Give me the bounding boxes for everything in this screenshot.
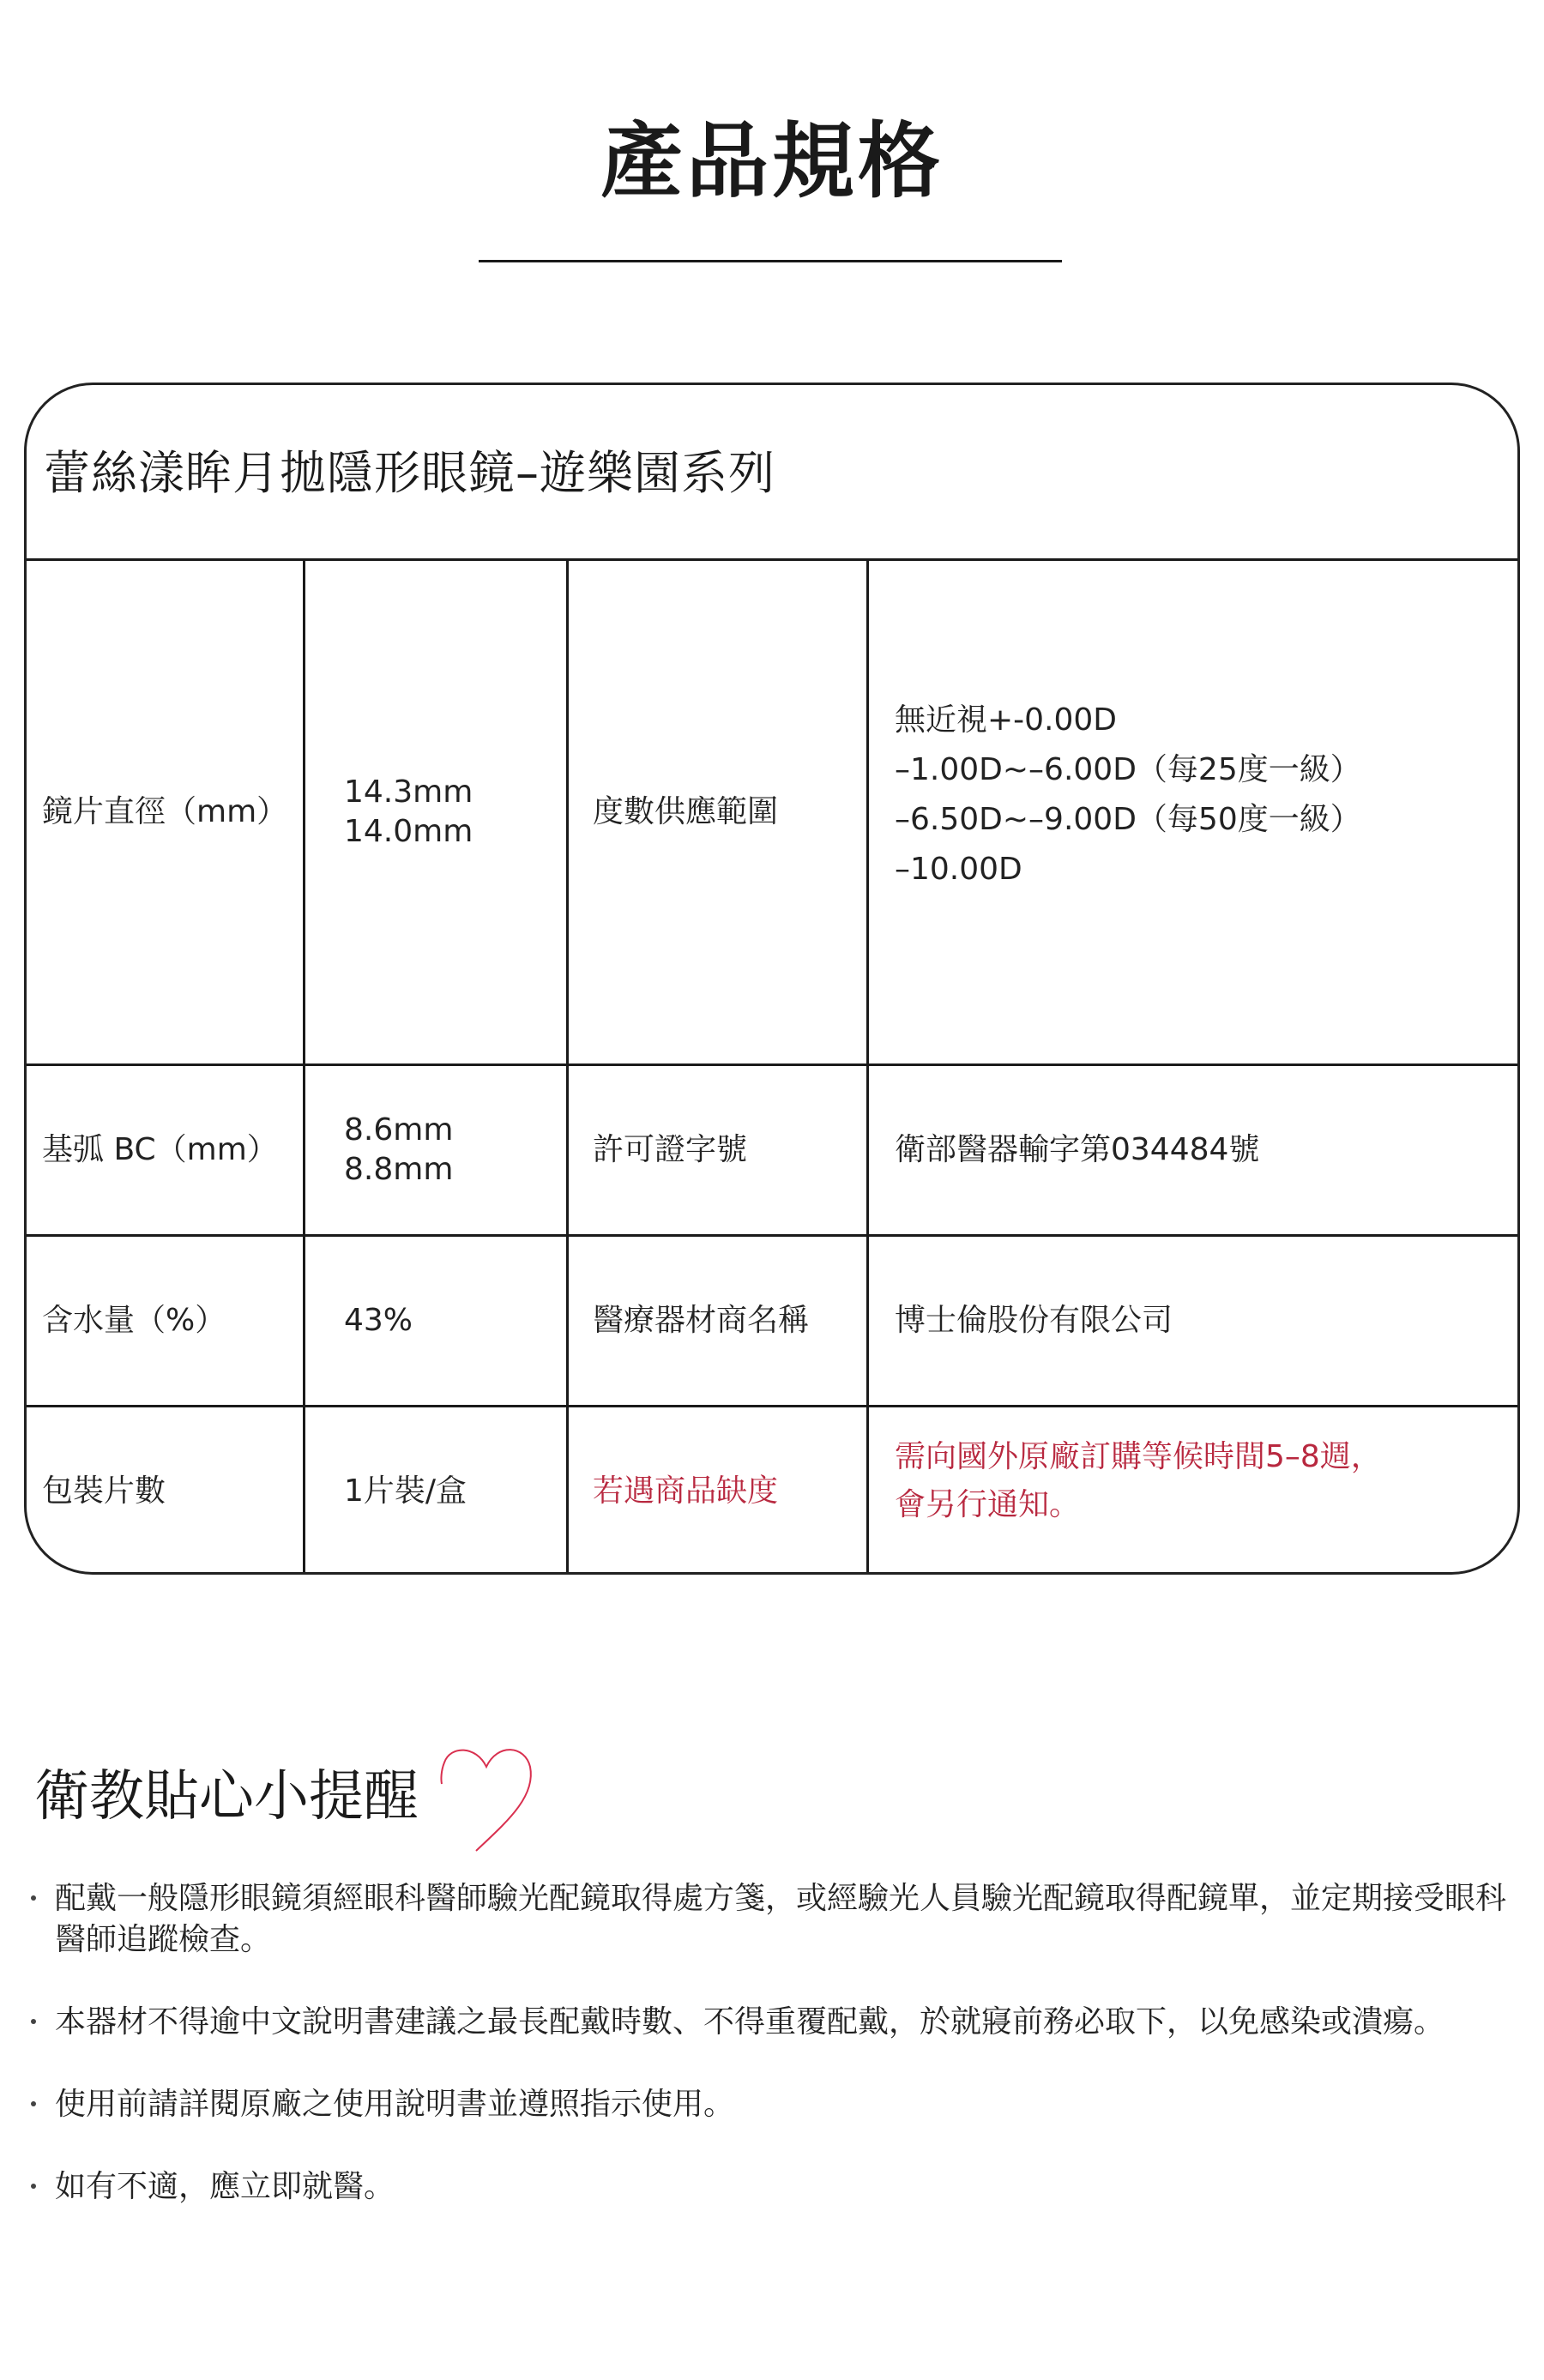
spec-value-power-range: 無近視+-0.00D –1.00D~–6.00D（每25度一級） –6.50D~… <box>895 544 1512 1046</box>
bullet-dot-icon <box>31 2101 36 2106</box>
cell-text: 14.3mm <box>344 773 473 812</box>
tip-item: 使用前請詳閱原廠之使用說明書並遵照指示使用。 <box>26 2084 1518 2125</box>
cell-text: 鏡片直徑（mm） <box>42 792 287 832</box>
spec-label-diameter: 鏡片直徑（mm） <box>42 561 299 1063</box>
spec-value-vendor: 博士倫股份有限公司 <box>895 1237 1512 1405</box>
cell-text: 包裝片數 <box>42 1472 166 1511</box>
cell-text: 會另行通知。 <box>895 1481 1382 1529</box>
spec-label-license: 許可證字號 <box>593 1066 863 1234</box>
tip-item: 如有不適，應立即就醫。 <box>26 2166 1518 2208</box>
cell-text: –6.50D~–9.00D（每50度一級） <box>895 795 1361 845</box>
spec-value-package: 1片裝/盒 <box>344 1407 563 1575</box>
spec-label-out-of-stock: 若遇商品缺度 <box>593 1407 863 1575</box>
spec-value-water-content: 43% <box>344 1237 563 1405</box>
product-name: 蕾絲漾眸月拋隱形眼鏡–遊樂園系列 <box>44 385 775 561</box>
spec-value-license: 衛部醫器輸字第034484號 <box>895 1066 1512 1234</box>
spec-table: 蕾絲漾眸月拋隱形眼鏡–遊樂園系列 鏡片直徑（mm） 14.3mm 14.0mm … <box>24 383 1520 1575</box>
cell-text: 醫療器材商名稱 <box>593 1301 809 1341</box>
cell-text: 博士倫股份有限公司 <box>895 1301 1173 1341</box>
col-divider <box>866 558 869 1572</box>
page-title: 產品規格 <box>0 110 1544 213</box>
tip-text: 如有不適，應立即就醫。 <box>55 2169 395 2204</box>
col-divider <box>566 558 569 1572</box>
spec-label-vendor: 醫療器材商名稱 <box>593 1237 863 1405</box>
cell-text: 無近視+-0.00D <box>895 696 1361 745</box>
cell-text: 14.0mm <box>344 812 473 852</box>
cell-text: 1片裝/盒 <box>344 1472 467 1511</box>
tip-item: 配戴一般隱形眼鏡須經眼科醫師驗光配鏡取得處方箋，或經驗光人員驗光配鏡取得配鏡單，… <box>26 1878 1518 1961</box>
spec-value-base-curve: 8.6mm 8.8mm <box>344 1066 563 1234</box>
cell-text: 43% <box>344 1301 413 1341</box>
col-divider <box>303 558 305 1572</box>
spec-label-base-curve: 基弧 BC（mm） <box>42 1066 299 1234</box>
tips-list: 配戴一般隱形眼鏡須經眼科醫師驗光配鏡取得處方箋，或經驗光人員驗光配鏡取得配鏡單，… <box>26 1878 1518 2249</box>
cell-text: 度數供應範圍 <box>593 792 778 832</box>
cell-text: 基弧 BC（mm） <box>42 1130 278 1170</box>
tip-text: 本器材不得逾中文說明書建議之最長配戴時數、不得重覆配戴，於就寢前務必取下，以免感… <box>55 2004 1444 2040</box>
spec-value-out-of-stock: 需向國外原廠訂購等候時間5–8週， 會另行通知。 <box>895 1397 1512 1565</box>
bullet-dot-icon <box>31 2019 36 2024</box>
cell-text: –1.00D~–6.00D（每25度一級） <box>895 745 1361 795</box>
tips-title: 衛教貼心小提醒 <box>34 1762 419 1831</box>
tip-text: 配戴一般隱形眼鏡須經眼科醫師驗光配鏡取得處方箋，或經驗光人員驗光配鏡取得配鏡單，… <box>55 1881 1506 1957</box>
cell-text: 衛部醫器輸字第034484號 <box>895 1130 1259 1170</box>
title-divider <box>479 260 1062 262</box>
cell-text: 需向國外原廠訂購等候時間5–8週， <box>895 1433 1382 1481</box>
spec-label-package: 包裝片數 <box>42 1407 299 1575</box>
spec-value-diameter: 14.3mm 14.0mm <box>344 561 563 1063</box>
cell-text: 許可證字號 <box>593 1130 747 1170</box>
cell-text: 含水量（%） <box>42 1301 226 1341</box>
cell-text: –10.00D <box>895 845 1361 895</box>
bullet-dot-icon <box>31 1895 36 1901</box>
heart-outline-icon <box>429 1741 540 1853</box>
spec-label-water-content: 含水量（%） <box>42 1237 299 1405</box>
spec-label-power-range: 度數供應範圍 <box>593 561 863 1063</box>
cell-text: 8.6mm <box>344 1111 453 1150</box>
tip-text: 使用前請詳閱原廠之使用說明書並遵照指示使用。 <box>55 2087 734 2122</box>
bullet-dot-icon <box>31 2184 36 2189</box>
tip-item: 本器材不得逾中文說明書建議之最長配戴時數、不得重覆配戴，於就寢前務必取下，以免感… <box>26 2002 1518 2043</box>
cell-text: 若遇商品缺度 <box>593 1472 778 1511</box>
cell-text: 8.8mm <box>344 1150 453 1190</box>
